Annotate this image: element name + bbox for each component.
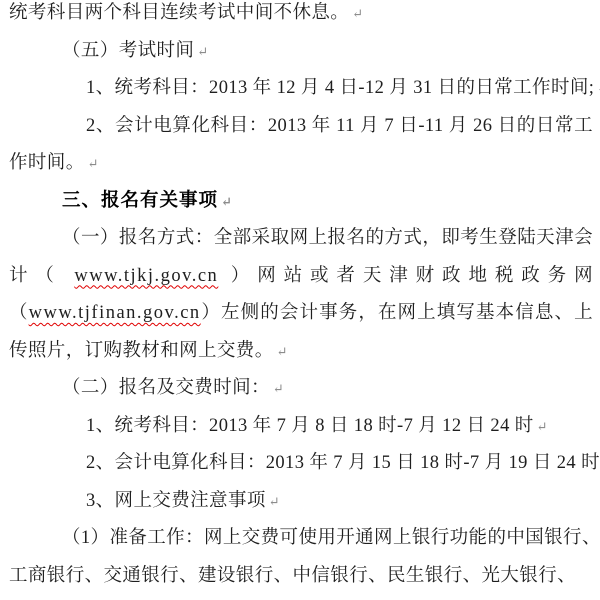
document-page: 统考科目两个科目连续考试中间不休息。↵ （五）考试时间↵ 1、统考科目：2013… xyxy=(0,0,600,595)
paragraph-mark-icon: ↵ xyxy=(594,81,600,96)
doc-line: 2、会计电算化科目：2013 年 11 月 7 日-11 月 26 日的日常工 xyxy=(9,108,593,146)
line-text: 统考科目两个科目连续考试中间不休息。 xyxy=(9,3,349,23)
doc-line: 3、网上交费注意事项↵ xyxy=(9,483,593,521)
line-text: 作时间。 xyxy=(9,153,85,173)
paragraph-mark-icon: ↵ xyxy=(534,419,548,434)
doc-line: （五）考试时间↵ xyxy=(9,33,593,71)
doc-line: 统考科目两个科目连续考试中间不休息。↵ xyxy=(9,0,593,33)
paragraph-mark-icon: ↵ xyxy=(274,344,288,359)
line-text: 2、会计电算化科目：2013 年 7 月 15 日 18 时-7 月 19 日 … xyxy=(86,453,600,473)
doc-line: （1）准备工作：网上交费可使用开通网上银行功能的中国银行、 xyxy=(9,520,593,558)
paragraph-mark-icon: ↵ xyxy=(270,381,284,396)
doc-line: （一）报名方式：全部采取网上报名的方式，即考生登陆天津会 xyxy=(9,220,593,258)
paragraph-mark-icon: ↵ xyxy=(218,194,232,209)
line-text: 计（ xyxy=(9,266,74,286)
line-text: 3、网上交费注意事项 xyxy=(86,491,266,511)
line-text: （1）准备工作：网上交费可使用开通网上银行功能的中国银行、 xyxy=(62,528,600,548)
line-text: ）左侧的会计事务，在网上填写基本信息、上 xyxy=(201,303,593,323)
document-body: 统考科目两个科目连续考试中间不休息。↵ （五）考试时间↵ 1、统考科目：2013… xyxy=(9,0,593,595)
doc-line: 1、统考科目：2013 年 7 月 8 日 18 时-7 月 12 日 24 时… xyxy=(9,408,593,446)
doc-line: （www.tjfinan.gov.cn）左侧的会计事务，在网上填写基本信息、上 xyxy=(9,295,593,333)
line-text: 1、统考科目：2013 年 7 月 8 日 18 时-7 月 12 日 24 时 xyxy=(86,416,534,436)
doc-line: 工商银行、交通银行、建设银行、中信银行、民生银行、光大银行、 xyxy=(9,558,593,596)
url-text-misspelled: www.tjkj.gov.cn xyxy=(74,266,218,286)
line-text: 工商银行、交通银行、建设银行、中信银行、民生银行、光大银行、 xyxy=(9,566,576,586)
paragraph-mark-icon: ↵ xyxy=(349,6,363,21)
line-text: （ xyxy=(9,303,29,323)
doc-line: 传照片，订购教材和网上交费。↵ xyxy=(9,333,593,371)
doc-line: 2、会计电算化科目：2013 年 7 月 15 日 18 时-7 月 19 日 … xyxy=(9,445,593,483)
paragraph-mark-icon: ↵ xyxy=(194,44,208,59)
paragraph-mark-icon: ↵ xyxy=(266,494,280,509)
doc-line: （二）报名及交费时间：↵ xyxy=(9,370,593,408)
paragraph-mark-icon: ↵ xyxy=(85,156,99,171)
line-text: （二）报名及交费时间： xyxy=(62,378,270,398)
line-text: 2、会计电算化科目：2013 年 11 月 7 日-11 月 26 日的日常工 xyxy=(86,116,593,136)
line-text: 传照片，订购教材和网上交费。 xyxy=(9,341,274,361)
line-text: ）网站或者天津财政地税政务网 xyxy=(218,266,593,286)
doc-line: 作时间。↵ xyxy=(9,145,593,183)
line-text: （五）考试时间 xyxy=(62,41,194,61)
url-text-misspelled: www.tjfinan.gov.cn xyxy=(29,303,201,323)
line-text: （一）报名方式：全部采取网上报名的方式，即考生登陆天津会 xyxy=(62,228,593,248)
section-heading: 三、报名有关事项↵ xyxy=(9,183,593,221)
doc-line: 1、统考科目：2013 年 12 月 4 日-12 月 31 日的日常工作时间;… xyxy=(9,70,593,108)
line-text: 1、统考科目：2013 年 12 月 4 日-12 月 31 日的日常工作时间; xyxy=(86,78,594,98)
doc-line: 计（ www.tjkj.gov.cn ）网站或者天津财政地税政务网 xyxy=(9,258,593,296)
heading-text: 三、报名有关事项 xyxy=(62,191,218,211)
